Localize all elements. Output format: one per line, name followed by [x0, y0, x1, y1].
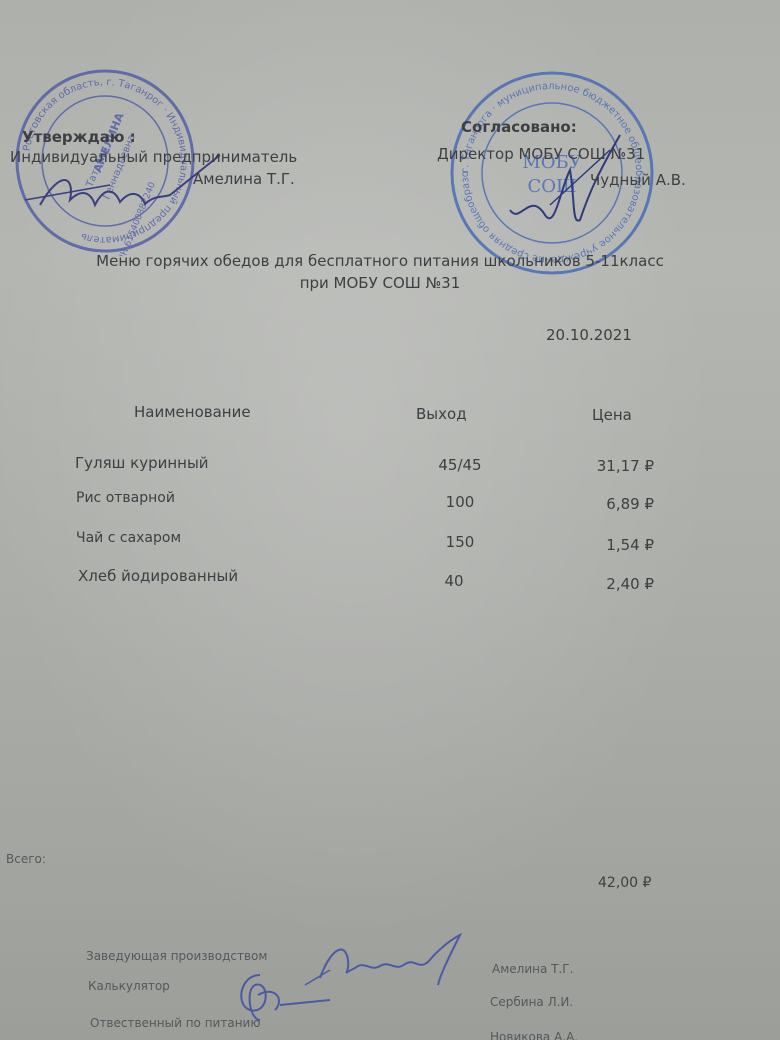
row-name: Чай с сахаром: [76, 530, 181, 546]
signature-calculator: [230, 965, 340, 1025]
approve-position: Индивидуальный предприниматель: [10, 148, 297, 166]
header-yield: Выход: [416, 405, 467, 423]
row-yield: 100: [420, 493, 500, 511]
row-price: 2,40 ₽: [560, 575, 654, 593]
approve-label: Утверждаю :: [22, 128, 136, 146]
total-label: Всего:: [6, 852, 46, 866]
menu-date: 20.10.2021: [546, 326, 632, 344]
sign-name-responsible: Новикова А.А.: [490, 1030, 578, 1040]
total-value: 42,00 ₽: [598, 875, 651, 891]
header-price: Цена: [592, 406, 632, 424]
agree-name: Чудный А.В.: [590, 171, 686, 189]
row-price: 31,17 ₽: [560, 457, 654, 475]
agree-position: Директор МОБУ СОШ №31: [437, 145, 645, 163]
approve-name: Амелина Т.Г.: [193, 170, 295, 188]
row-name: Гуляш куринный: [75, 454, 209, 472]
sign-name-production: Амелина Т.Г.: [492, 962, 573, 976]
row-yield: 150: [420, 533, 500, 551]
menu-subtitle: при МОБУ СОШ №31: [80, 274, 680, 292]
header-name: Наименование: [134, 403, 251, 421]
sign-role-calculator: Калькулятор: [88, 979, 170, 993]
row-yield: 45/45: [420, 456, 500, 474]
row-name: Рис отварной: [76, 490, 175, 506]
row-price: 6,89 ₽: [560, 495, 654, 513]
agree-label: Согласовано:: [461, 118, 577, 136]
menu-title: Меню горячих обедов для бесплатного пита…: [80, 252, 680, 270]
row-yield: 40: [414, 572, 494, 590]
sign-name-calculator: Сербина Л.И.: [490, 995, 573, 1009]
row-price: 1,54 ₽: [560, 536, 654, 554]
row-name: Хлеб йодированный: [78, 567, 238, 585]
sign-role-production: Заведующая производством: [86, 949, 267, 963]
